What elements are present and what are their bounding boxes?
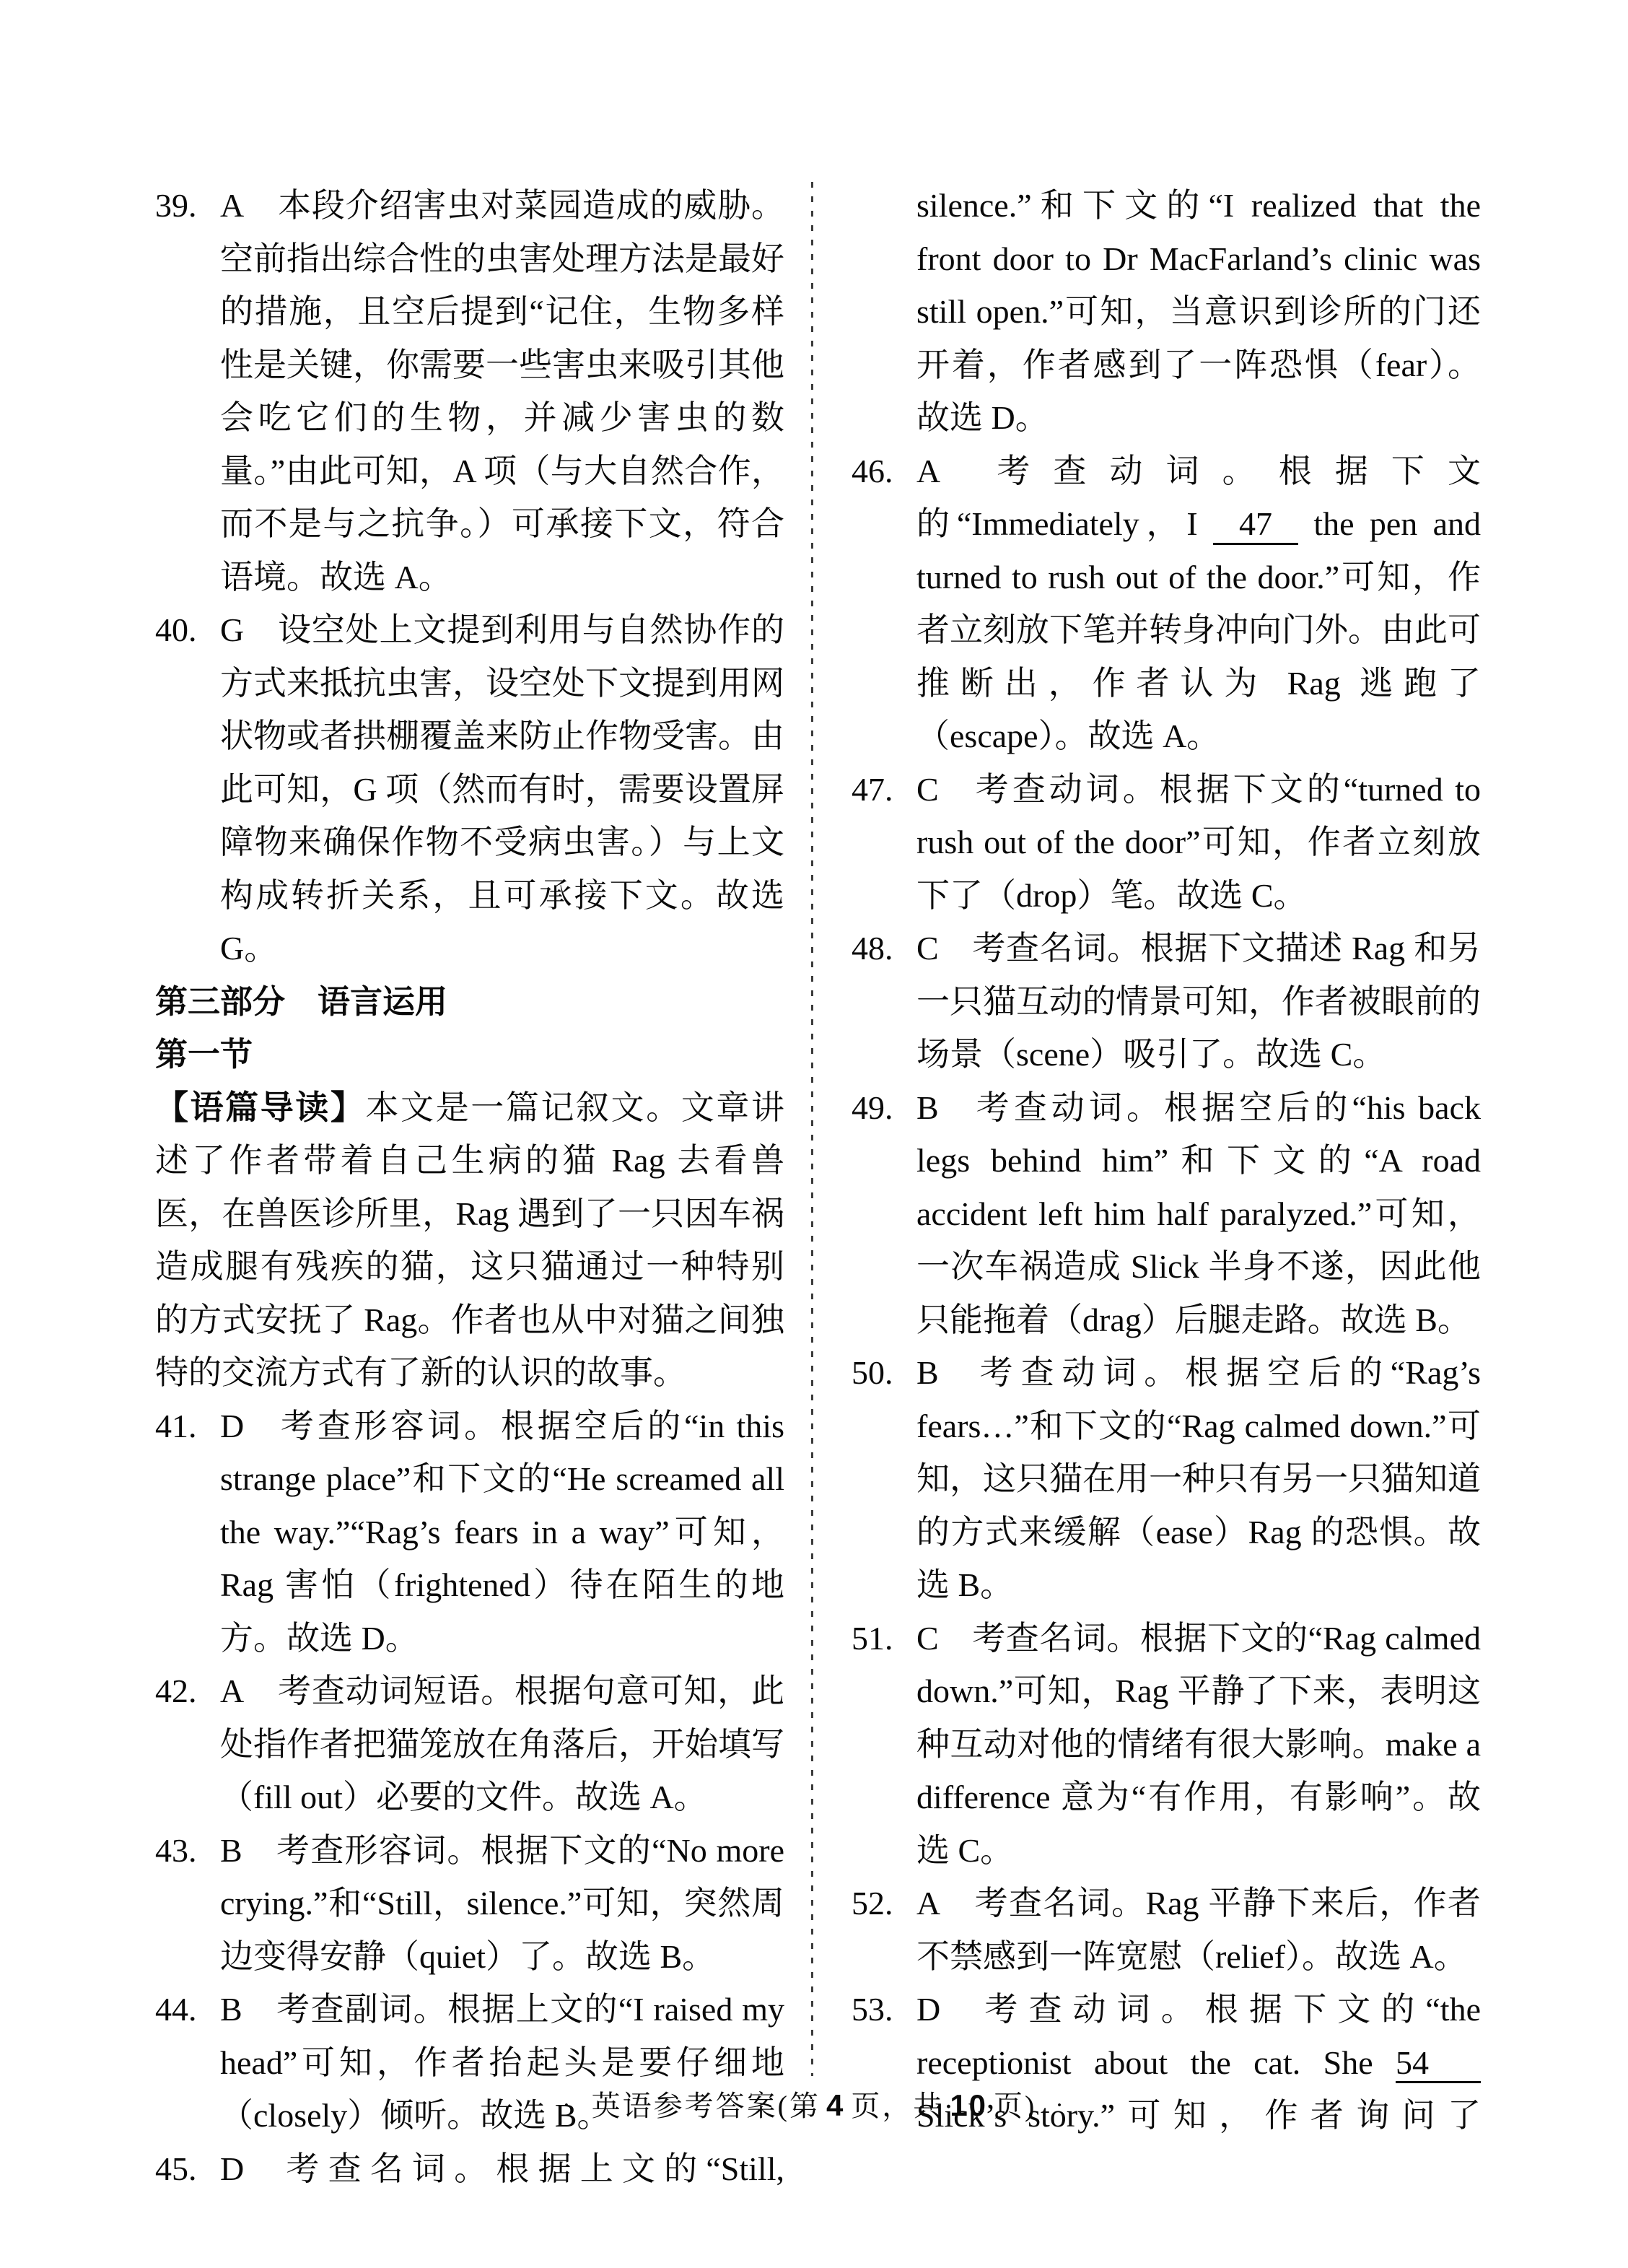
item-number: 40. xyxy=(155,603,197,657)
answer-letter: A xyxy=(220,1672,244,1709)
footer-left-dot: · xyxy=(562,2092,572,2119)
footer-title: 英语参考答案(第 xyxy=(592,2090,820,2122)
item-number: 53. xyxy=(852,1983,893,2036)
item-number: 49. xyxy=(852,1081,893,1135)
item-explanation: 考查名词。根据下文的“Rag calmed down.”可知，Rag 平静了下来… xyxy=(916,1620,1481,1869)
item-explanation: 考查动词。根据空后的“his back legs behind him”和下文的… xyxy=(916,1089,1481,1338)
intro-text: 本文是一篇记叙文。文章讲述了作者带着自己生病的猫 Rag 去看兽医，在兽医诊所里… xyxy=(155,1089,784,1392)
right-items: 46.A考查动词。根据下文的“Immediately，I 47 the pen … xyxy=(852,445,1481,2142)
item-explanation: 设空处上文提到利用与自然协作的方式来抵抗虫害，设空处下文提到用网状物或者拱棚覆盖… xyxy=(220,611,784,967)
section-title: 第三部分 语言运用 xyxy=(155,975,784,1029)
passage-intro: 【语篇导读】本文是一篇记叙文。文章讲述了作者带着自己生病的猫 Rag 去看兽医，… xyxy=(155,1081,784,1400)
item-explanation: 本段介绍害虫对菜园造成的威胁。空前指出综合性的虫害处理方法是最好的措施，且空后提… xyxy=(220,187,784,596)
item-45-continuation: silence.”和下文的“I realized that the front … xyxy=(852,179,1481,445)
answer-letter: A xyxy=(220,187,244,224)
answer-letter: A xyxy=(916,453,940,489)
answer-item: 40.G设空处上文提到利用与自然协作的方式来抵抗虫害，设空处下文提到用网状物或者… xyxy=(155,603,784,975)
item-number: 39. xyxy=(155,179,197,232)
answer-letter: C xyxy=(916,771,939,808)
item-number: 43. xyxy=(155,1824,197,1877)
column-divider-dashed-line xyxy=(811,182,813,2076)
answer-item: 47.C考查动词。根据下文的“turned to rush out of the… xyxy=(852,763,1481,923)
footer-post: 页) xyxy=(994,2090,1036,2122)
answer-item: 49.B考查动词。根据空后的“his back legs behind him”… xyxy=(852,1081,1481,1347)
answer-letter: D xyxy=(916,1991,940,2028)
footer-total-pages: 10 xyxy=(950,2088,988,2122)
answer-item: 50.B考查动词。根据空后的“Rag’s fears…”和下文的“Rag cal… xyxy=(852,1346,1481,1612)
item-explanation: 考查动词。根据下文的“Immediately，I 47 the pen and … xyxy=(916,453,1481,755)
subsection-title: 第一节 xyxy=(155,1028,784,1081)
item-number: 42. xyxy=(155,1665,197,1718)
footer-page-number: 4 xyxy=(826,2088,845,2122)
answer-item: 42.A考查动词短语。根据句意可知，此处指作者把猫笼放在角落后，开始填写（fil… xyxy=(155,1665,784,1824)
answer-letter: G xyxy=(220,611,244,648)
answer-letter: B xyxy=(220,1832,242,1869)
footer-mid: 页，共 xyxy=(851,2090,944,2122)
answer-item: 41.D考查形容词。根据空后的“in this strange place”和下… xyxy=(155,1400,784,1665)
item-explanation: 考查动词。根据下文的“turned to rush out of the doo… xyxy=(916,771,1481,914)
answer-item: 45.D考查名词。根据上文的“Still, xyxy=(155,2142,784,2196)
answer-letter: D xyxy=(220,2150,244,2187)
answer-letter: B xyxy=(220,1991,242,2028)
right-column: silence.”和下文的“I realized that the front … xyxy=(852,179,1481,2142)
item-explanation: 考查名词。Rag 平静下来后，作者不禁感到一阵宽慰（relief）。故选 A。 xyxy=(916,1885,1481,1975)
item-number: 48. xyxy=(852,922,893,975)
item-number: 44. xyxy=(155,1983,197,2036)
item-number: 52. xyxy=(852,1877,893,1930)
answer-letter: B xyxy=(916,1089,939,1126)
answer-letter: A xyxy=(916,1885,940,1922)
footer-right-dot: · xyxy=(1055,2092,1065,2119)
item-explanation: 考查形容词。根据空后的“in this strange place”和下文的“H… xyxy=(220,1408,784,1657)
item-explanation: 考查形容词。根据下文的“No more crying.”和“Still，sile… xyxy=(220,1832,784,1975)
left-column: 39.A本段介绍害虫对菜园造成的威胁。空前指出综合性的虫害处理方法是最好的措施，… xyxy=(155,179,784,2195)
item-number: 50. xyxy=(852,1346,893,1400)
item-explanation: 考查动词短语。根据句意可知，此处指作者把猫笼放在角落后，开始填写（fill ou… xyxy=(220,1672,784,1815)
answer-item: 51.C考查名词。根据下文的“Rag calmed down.”可知，Rag 平… xyxy=(852,1612,1481,1877)
answer-letter: C xyxy=(916,930,939,967)
item-explanation: 考查动词。根据空后的“Rag’s fears…”和下文的“Rag calmed … xyxy=(916,1354,1481,1603)
item-number: 51. xyxy=(852,1612,893,1665)
cloze-blank: 47 xyxy=(1213,506,1298,545)
answer-item: 43.B考查形容词。根据下文的“No more crying.”和“Still，… xyxy=(155,1824,784,1984)
answer-item: 48.C考查名词。根据下文描述 Rag 和另一只猫互动的情景可知，作者被眼前的场… xyxy=(852,922,1481,1081)
page-footer: ·英语参考答案(第4页，共10页)· xyxy=(0,2088,1628,2124)
answer-item: 39.A本段介绍害虫对菜园造成的威胁。空前指出综合性的虫害处理方法是最好的措施，… xyxy=(155,179,784,603)
answer-item: 52.A考查名词。Rag 平静下来后，作者不禁感到一阵宽慰（relief）。故选… xyxy=(852,1877,1481,1983)
intro-label: 【语篇导读】 xyxy=(155,1089,366,1126)
item-number: 47. xyxy=(852,763,893,816)
cloze-blank: 54 xyxy=(1396,2045,1481,2084)
left-items-top: 39.A本段介绍害虫对菜园造成的威胁。空前指出综合性的虫害处理方法是最好的措施，… xyxy=(155,179,784,975)
item-number: 46. xyxy=(852,445,893,498)
left-items-bottom: 41.D考查形容词。根据空后的“in this strange place”和下… xyxy=(155,1400,784,2196)
item-explanation: 考查名词。根据上文的“Still, xyxy=(277,2150,784,2187)
item-number: 45. xyxy=(155,2142,197,2196)
answer-letter: B xyxy=(916,1354,939,1391)
answer-item: 46.A考查动词。根据下文的“Immediately，I 47 the pen … xyxy=(852,445,1481,763)
answer-letter: D xyxy=(220,1408,244,1444)
item-number: 41. xyxy=(155,1400,197,1453)
item-explanation: 考查名词。根据下文描述 Rag 和另一只猫互动的情景可知，作者被眼前的场景（sc… xyxy=(916,930,1481,1073)
answer-letter: C xyxy=(916,1620,939,1657)
